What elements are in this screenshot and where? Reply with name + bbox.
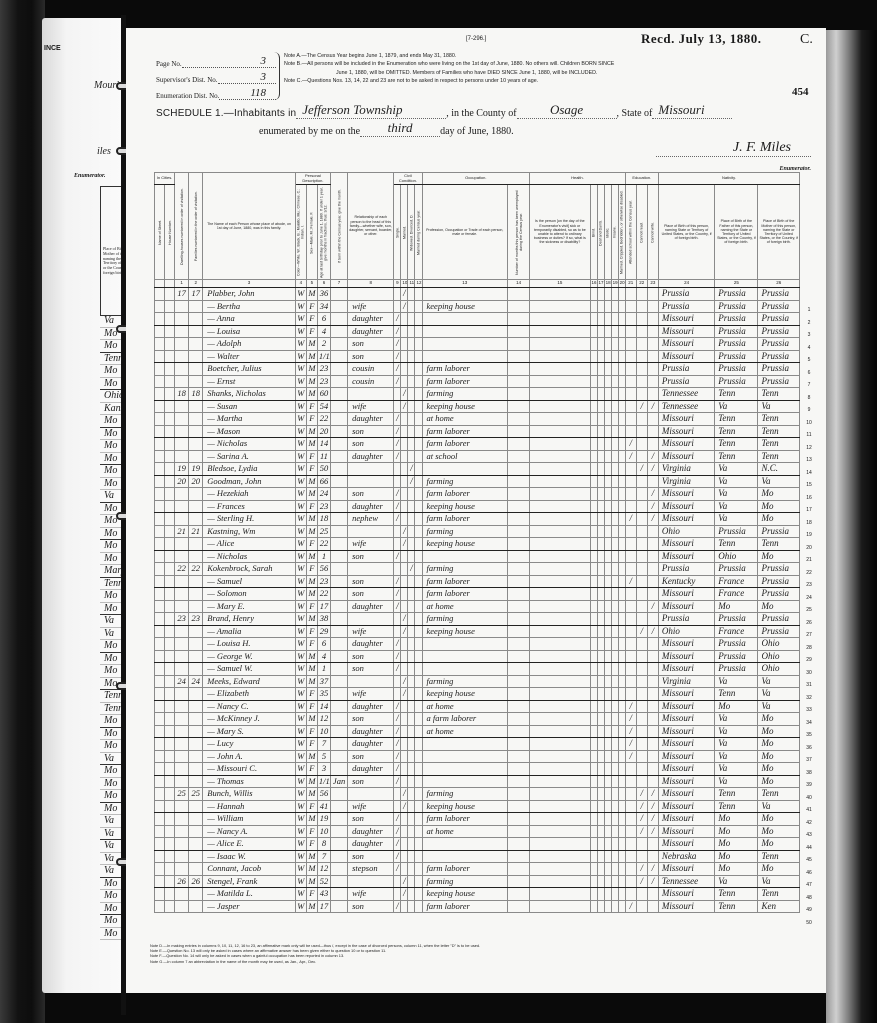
- cell-maimed: [618, 338, 625, 351]
- cell-deaf: [597, 875, 604, 888]
- cell-mother-birthplace: Prussia: [758, 313, 800, 326]
- cell-street: [155, 500, 165, 513]
- cell-cannot-write: [647, 713, 658, 726]
- cell-name: Kastning, Wm: [203, 525, 296, 538]
- header-attended-school: Attended school within the Census year.: [625, 185, 636, 280]
- cell-blind: [590, 825, 597, 838]
- cell-married: /: [401, 288, 408, 301]
- cell-insane: [611, 513, 618, 526]
- cell-idiotic: [604, 325, 611, 338]
- cell-cannot-write: [647, 288, 658, 301]
- cell-mother-birthplace: Mo: [758, 500, 800, 513]
- cell-married: [401, 563, 408, 576]
- cell-color: W: [295, 663, 306, 676]
- cell-maimed: [618, 713, 625, 726]
- cell-birth-month: [331, 688, 348, 701]
- cell-unemployed: [508, 650, 530, 663]
- header-birth-month: If born within the Census year, give the…: [331, 173, 348, 280]
- cell-street: [155, 688, 165, 701]
- cell-color: W: [295, 625, 306, 638]
- cell-school: /: [625, 738, 636, 751]
- cell-cannot-write: [647, 900, 658, 913]
- cell-cannot-read: [636, 500, 647, 513]
- table-row: — Samuel W.WM1son/MissouriPrussiaOhio: [155, 663, 800, 676]
- cell-single: /: [394, 513, 401, 526]
- cell-idiotic: [604, 863, 611, 876]
- cell-occupation: farm laborer: [422, 363, 508, 376]
- cell-age: 36: [317, 288, 330, 301]
- cell-school: [625, 375, 636, 388]
- cell-father-birthplace: France: [715, 588, 758, 601]
- table-row: — WilliamWM19son/farm laborer//MissouriM…: [155, 813, 800, 826]
- cell-occupation: farm laborer: [422, 375, 508, 388]
- cell-dwelling: [175, 638, 189, 651]
- enumeration-label: Enumeration Dist. No.: [156, 92, 219, 100]
- cell-idiotic: [604, 575, 611, 588]
- cell-widowed: [408, 763, 415, 776]
- cell-single: [394, 688, 401, 701]
- cell-occupation: [422, 650, 508, 663]
- table-row: 2424Meeks, EdwardWM37/farmingVirginiaVaV…: [155, 675, 800, 688]
- cell-widowed: /: [408, 563, 415, 576]
- cell-birth-month: [331, 388, 348, 401]
- cell-single: /: [394, 738, 401, 751]
- cell-birth-month: [331, 738, 348, 751]
- cell-color: W: [295, 813, 306, 826]
- cell-dwelling: [175, 450, 189, 463]
- cell-unemployed: [508, 513, 530, 526]
- cell-birthplace: Nebraska: [658, 850, 714, 863]
- cell-idiotic: [604, 388, 611, 401]
- line-numbers: 1234567891011121314151617181920212223242…: [802, 304, 816, 929]
- cell-unemployed: [508, 763, 530, 776]
- cell-maimed: [618, 900, 625, 913]
- cell-deaf: [597, 463, 604, 476]
- cell-street: [155, 600, 165, 613]
- line-number: 15: [802, 479, 816, 492]
- table-row: — Sterling H.WM18nephew/farm laborer//Mi…: [155, 513, 800, 526]
- cell-school: [625, 838, 636, 851]
- cell-cannot-write: [647, 888, 658, 901]
- cell-single: /: [394, 325, 401, 338]
- cell-birthplace: Prussia: [658, 613, 714, 626]
- column-number: [155, 280, 165, 288]
- cell-unemployed: [508, 388, 530, 401]
- cell-married: [401, 500, 408, 513]
- cell-idiotic: [604, 725, 611, 738]
- cell-age: 12: [317, 713, 330, 726]
- cell-birthplace: Prussia: [658, 363, 714, 376]
- note-g: Note G.—In column 7 an abbreviation in t…: [150, 959, 750, 964]
- cell-sex: F: [306, 400, 317, 413]
- cell-occupation: farming: [422, 525, 508, 538]
- cell-married: /: [401, 400, 408, 413]
- cell-mother-birthplace: Prussia: [758, 363, 800, 376]
- cell-single: /: [394, 663, 401, 676]
- cell-deaf: [597, 638, 604, 651]
- cell-blind: [590, 325, 597, 338]
- cell-blind: [590, 363, 597, 376]
- cell-father-birthplace: Mo: [715, 863, 758, 876]
- cell-dwelling: [175, 775, 189, 788]
- cell-house: [165, 863, 175, 876]
- cell-cannot-write: [647, 588, 658, 601]
- cell-age: 23: [317, 500, 330, 513]
- cell-maimed: [618, 738, 625, 751]
- cell-school: [625, 600, 636, 613]
- cell-widowed: [408, 750, 415, 763]
- cell-family: 25: [189, 788, 203, 801]
- cell-occupation: a farm laborer: [422, 713, 508, 726]
- cell-sex: M: [306, 613, 317, 626]
- cell-deaf: [597, 625, 604, 638]
- line-number: 38: [802, 767, 816, 780]
- cell-single: /: [394, 713, 401, 726]
- cell-age: 66: [317, 475, 330, 488]
- cell-family: [189, 750, 203, 763]
- cell-insane: [611, 300, 618, 313]
- cell-birthplace: Prussia: [658, 563, 714, 576]
- cell-cannot-write: /: [647, 463, 658, 476]
- cell-occupation: [422, 325, 508, 338]
- cell-sickness: [530, 500, 590, 513]
- cell-maimed: [618, 788, 625, 801]
- group-personal: Personal Description.: [295, 173, 330, 185]
- cell-widowed: [408, 575, 415, 588]
- cell-sex: F: [306, 763, 317, 776]
- cell-idiotic: [604, 513, 611, 526]
- cell-maimed: [618, 363, 625, 376]
- cell-school: [625, 463, 636, 476]
- cell-single: /: [394, 775, 401, 788]
- cell-family: [189, 413, 203, 426]
- cell-cannot-write: /: [647, 875, 658, 888]
- cell-sickness: [530, 338, 590, 351]
- cell-name: — Mason: [203, 425, 296, 438]
- cell-name: — Thomas: [203, 775, 296, 788]
- cell-birthplace: Missouri: [658, 775, 714, 788]
- cell-insane: [611, 588, 618, 601]
- cell-widowed: [408, 775, 415, 788]
- cell-widowed: [408, 550, 415, 563]
- cell-maimed: [618, 450, 625, 463]
- cell-married-year: [415, 888, 422, 901]
- cell-birthplace: Missouri: [658, 813, 714, 826]
- cell-father-birthplace: Va: [715, 500, 758, 513]
- cell-blind: [590, 338, 597, 351]
- cell-cannot-read: [636, 525, 647, 538]
- cell-street: [155, 325, 165, 338]
- cell-school: /: [625, 900, 636, 913]
- cell-occupation: keeping house: [422, 800, 508, 813]
- cell-school: [625, 500, 636, 513]
- cell-relation: son: [348, 350, 394, 363]
- cell-maimed: [618, 675, 625, 688]
- cell-birthplace: Tennessee: [658, 875, 714, 888]
- cell-school: [625, 563, 636, 576]
- cell-family: 24: [189, 675, 203, 688]
- cell-married: [401, 550, 408, 563]
- cell-insane: [611, 325, 618, 338]
- cell-sickness: [530, 550, 590, 563]
- cell-dwelling: [175, 863, 189, 876]
- cell-single: /: [394, 588, 401, 601]
- cell-occupation: [422, 775, 508, 788]
- header-occupation: Profession, Occupation or Trade of each …: [422, 185, 508, 280]
- cell-blind: [590, 750, 597, 763]
- cell-sex: M: [306, 513, 317, 526]
- cell-sex: F: [306, 300, 317, 313]
- cell-cannot-write: [647, 750, 658, 763]
- cell-family: [189, 488, 203, 501]
- cell-blind: [590, 400, 597, 413]
- cell-unemployed: [508, 338, 530, 351]
- column-number: 16: [590, 280, 597, 288]
- cell-married: [401, 588, 408, 601]
- cell-cannot-write: [647, 838, 658, 851]
- cell-insane: [611, 763, 618, 776]
- cell-cannot-write: [647, 313, 658, 326]
- cell-house: [165, 650, 175, 663]
- cell-father-birthplace: Tenn: [715, 538, 758, 551]
- cell-maimed: [618, 375, 625, 388]
- cell-age: 10: [317, 725, 330, 738]
- line-number: 1: [802, 304, 816, 317]
- cell-cannot-read: [636, 675, 647, 688]
- cell-deaf: [597, 863, 604, 876]
- cell-dwelling: [175, 825, 189, 838]
- cell-married-year: [415, 425, 422, 438]
- cell-mother-birthplace: Prussia: [758, 288, 800, 301]
- cell-family: [189, 325, 203, 338]
- cell-single: /: [394, 413, 401, 426]
- district-info: Page No.3 Supervisor's Dist. No.3 Enumer…: [156, 52, 276, 100]
- cell-sex: F: [306, 688, 317, 701]
- cell-name: — Mary E.: [203, 600, 296, 613]
- cell-relation: [348, 525, 394, 538]
- cell-idiotic: [604, 488, 611, 501]
- cell-father-birthplace: Tenn: [715, 800, 758, 813]
- cell-school: [625, 525, 636, 538]
- cell-married: [401, 650, 408, 663]
- cell-married-year: [415, 688, 422, 701]
- header-unemployed: Number of months this person has been un…: [508, 185, 530, 280]
- cell-blind: [590, 425, 597, 438]
- cell-single: [394, 875, 401, 888]
- cell-sex: M: [306, 788, 317, 801]
- cell-insane: [611, 450, 618, 463]
- cell-name: — William: [203, 813, 296, 826]
- cell-idiotic: [604, 363, 611, 376]
- cell-house: [165, 438, 175, 451]
- cell-father-birthplace: Tenn: [715, 688, 758, 701]
- table-row: — Isaac W.WM7son/NebraskaMoTenn: [155, 850, 800, 863]
- cell-mother-birthplace: Mo: [758, 488, 800, 501]
- cell-dwelling: [175, 338, 189, 351]
- cell-widowed: [408, 663, 415, 676]
- cell-cannot-write: /: [647, 625, 658, 638]
- cell-house: [165, 850, 175, 863]
- cell-widowed: [408, 338, 415, 351]
- cell-birth-month: [331, 463, 348, 476]
- cell-cannot-write: /: [647, 813, 658, 826]
- cell-age: 11: [317, 450, 330, 463]
- cell-occupation: [422, 313, 508, 326]
- cell-sickness: [530, 400, 590, 413]
- cell-cannot-write: /: [647, 788, 658, 801]
- cell-sickness: [530, 800, 590, 813]
- table-row: 1717Plabber, JohnWM36/PrussiaPrussiaPrus…: [155, 288, 800, 301]
- table-row: — HannahWF41wife/keeping house//Missouri…: [155, 800, 800, 813]
- cell-single: /: [394, 425, 401, 438]
- table-row: — Mary E.WF17daughter/at home/MissouriMo…: [155, 600, 800, 613]
- cell-sex: M: [306, 713, 317, 726]
- cell-sickness: [530, 763, 590, 776]
- cell-cannot-write: [647, 538, 658, 551]
- cell-color: W: [295, 325, 306, 338]
- cell-widowed: [408, 625, 415, 638]
- cell-maimed: [618, 688, 625, 701]
- line-number: 16: [802, 492, 816, 505]
- cell-deaf: [597, 713, 604, 726]
- cell-mother-birthplace: Prussia: [758, 300, 800, 313]
- cell-relation: wife: [348, 538, 394, 551]
- cell-relation: son: [348, 575, 394, 588]
- cell-cannot-read: [636, 313, 647, 326]
- cell-deaf: [597, 738, 604, 751]
- line-number: 17: [802, 504, 816, 517]
- cell-occupation: [422, 288, 508, 301]
- cell-single: [394, 675, 401, 688]
- cell-name: Kokenbrock, Sarah: [203, 563, 296, 576]
- cell-sickness: [530, 600, 590, 613]
- cell-birth-month: [331, 650, 348, 663]
- cell-widowed: [408, 713, 415, 726]
- cell-relation: wife: [348, 300, 394, 313]
- cell-father-birthplace: Prussia: [715, 350, 758, 363]
- cell-age: 52: [317, 875, 330, 888]
- table-row: — McKinney J.WM12son/a farm laborer/Miss…: [155, 713, 800, 726]
- cell-color: W: [295, 450, 306, 463]
- cell-married: [401, 313, 408, 326]
- cell-unemployed: [508, 463, 530, 476]
- cell-sickness: [530, 575, 590, 588]
- cell-house: [165, 813, 175, 826]
- cell-mother-birthplace: Prussia: [758, 338, 800, 351]
- cell-unemployed: [508, 288, 530, 301]
- cell-birthplace: Missouri: [658, 425, 714, 438]
- cell-age: 56: [317, 788, 330, 801]
- cell-father-birthplace: Mo: [715, 700, 758, 713]
- cell-deaf: [597, 313, 604, 326]
- group-health: Health.: [530, 173, 626, 185]
- cell-single: /: [394, 750, 401, 763]
- cell-unemployed: [508, 788, 530, 801]
- cell-cannot-write: [647, 675, 658, 688]
- cell-insane: [611, 788, 618, 801]
- table-row: 1818Shanks, NicholasWM60/farmingTennesse…: [155, 388, 800, 401]
- cell-idiotic: [604, 813, 611, 826]
- cell-birth-month: [331, 863, 348, 876]
- cell-birthplace: Missouri: [658, 413, 714, 426]
- cell-sex: M: [306, 750, 317, 763]
- cell-occupation: at home: [422, 725, 508, 738]
- cell-family: [189, 313, 203, 326]
- table-row: — LouisaWF4daughter/MissouriPrussiaPruss…: [155, 325, 800, 338]
- cell-color: W: [295, 713, 306, 726]
- cell-street: [155, 738, 165, 751]
- cell-father-birthplace: Prussia: [715, 325, 758, 338]
- cell-school: [625, 550, 636, 563]
- cell-maimed: [618, 438, 625, 451]
- column-number: 17: [597, 280, 604, 288]
- cell-widowed: [408, 588, 415, 601]
- cell-street: [155, 788, 165, 801]
- cell-father-birthplace: Tenn: [715, 425, 758, 438]
- cell-occupation: [422, 763, 508, 776]
- cell-cannot-read: [636, 475, 647, 488]
- header-married-census-year: Married during Census year.: [415, 185, 422, 280]
- cell-birth-month: [331, 838, 348, 851]
- cell-birthplace: Missouri: [658, 350, 714, 363]
- cell-name: Brand, Henry: [203, 613, 296, 626]
- column-numbers-row: 1234567891011121314151617181920212223242…: [155, 280, 800, 288]
- header-color: Color—White, W.; Black, B.; Mulatto, Mu.…: [295, 185, 306, 280]
- page-no-value: 3: [182, 55, 276, 68]
- table-row: — Louisa H.WF6daughter/MissouriPrussiaOh…: [155, 638, 800, 651]
- received-stamp: Recd. July 13, 1880.: [641, 31, 762, 47]
- cell-mother-birthplace: Tenn: [758, 788, 800, 801]
- note-c: Note C.—Questions Nos. 13, 14, 22 and 23…: [284, 77, 764, 85]
- line-number: 45: [802, 854, 816, 867]
- cell-single: [394, 613, 401, 626]
- cell-family: [189, 713, 203, 726]
- cell-deaf: [597, 500, 604, 513]
- cell-color: W: [295, 788, 306, 801]
- table-row: — Mary S.WF10daughter/at home/MissouriVa…: [155, 725, 800, 738]
- cell-cannot-write: [647, 663, 658, 676]
- cell-street: [155, 663, 165, 676]
- cell-birthplace: Ohio: [658, 625, 714, 638]
- cell-name: Stengel, Frank: [203, 875, 296, 888]
- cell-family: [189, 600, 203, 613]
- line-number: 11: [802, 429, 816, 442]
- cell-birth-month: [331, 800, 348, 813]
- cell-idiotic: [604, 838, 611, 851]
- cell-family: [189, 763, 203, 776]
- cell-dwelling: 24: [175, 675, 189, 688]
- table-row: — George W.WM4son/MissouriPrussiaOhio: [155, 650, 800, 663]
- cell-widowed: [408, 525, 415, 538]
- cell-street: [155, 400, 165, 413]
- cell-married-year: [415, 825, 422, 838]
- cell-father-birthplace: Tenn: [715, 438, 758, 451]
- cell-cannot-write: [647, 763, 658, 776]
- cell-sickness: [530, 288, 590, 301]
- cell-occupation: at home: [422, 413, 508, 426]
- cell-name: — Nicholas: [203, 438, 296, 451]
- cell-idiotic: [604, 475, 611, 488]
- cell-color: W: [295, 338, 306, 351]
- cell-occupation: [422, 738, 508, 751]
- cell-deaf: [597, 900, 604, 913]
- cell-color: W: [295, 525, 306, 538]
- cell-insane: [611, 650, 618, 663]
- state-label: , State of: [617, 108, 653, 119]
- line-number: 27: [802, 629, 816, 642]
- cell-deaf: [597, 800, 604, 813]
- cell-dwelling: [175, 588, 189, 601]
